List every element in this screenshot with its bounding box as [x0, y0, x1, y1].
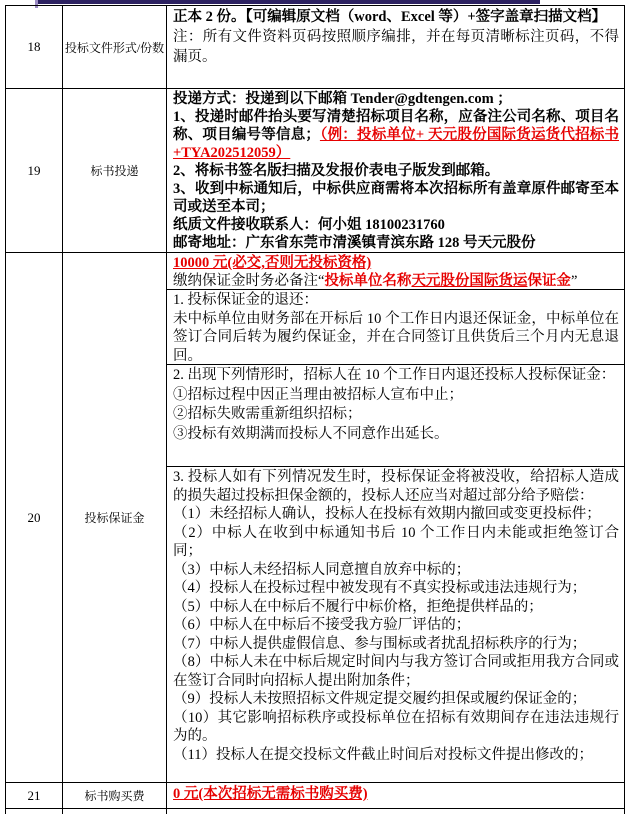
- text-segment: （2）中标人在收到中标通知书后 10 个工作日内未能或拒绝签订合同；: [173, 525, 619, 560]
- row20-label-cell: 投标保证金: [63, 253, 167, 782]
- paragraph: 0 元(本次招标无需标书购买费): [173, 784, 619, 804]
- paragraph: 纸质文件接收联系人：何小姐 18100231760: [173, 216, 619, 234]
- row21-content-cell: 0 元(本次招标无需标书购买费): [167, 783, 624, 808]
- paragraph: ③投标有效期满而投标人不同意作出延长。: [173, 425, 619, 445]
- row19-label-cell: 标书投递: [63, 89, 167, 252]
- paragraph: （9）投标人未按照招标文件规定提交履约担保或履约保证金的；: [173, 690, 619, 709]
- paragraph: （10）其它影响招标秩序或投标单位在招标有效期间存在违法违规行为的。: [173, 709, 619, 746]
- table-row-20: 20 投标保证金 10000 元(必交,否则无投标资格)缴纳保证金时务必备注“投…: [6, 253, 624, 783]
- text-segment: 2、将标书签名版扫描及发报价表电子版发到邮箱。: [173, 163, 499, 179]
- text-segment: 2. 出现下列情形时，招标人在 10 个工作日内退还投标人投标保证金：: [173, 367, 615, 383]
- paragraph: （4）投标人在投标过程中被发现有不真实投标或违法违规行为；: [173, 579, 619, 598]
- paragraph: 缴纳保证金时务必备注“投标单位名称天元股份国际货运保证金”: [173, 272, 619, 290]
- row20-refund-cases-cell: 2. 出现下列情形时，招标人在 10 个工作日内退还投标人投标保证金：①招标过程…: [167, 365, 624, 467]
- text-segment: ①招标过程中因正当理由被招标人宣布中止；: [173, 387, 463, 403]
- page-top-highlight-bar: [35, 0, 540, 4]
- text-segment: 3、收到中标通知后，中标供应商需将本次招标所有盖章原件邮寄至本司或送至本司；: [173, 181, 619, 215]
- paragraph: （1）未经招标人确认，投标人在投标有效期内撤回或变更投标件；: [173, 505, 619, 524]
- text-segment: （11）投标人在提交投标文件截止时间后对投标文件提出修改的；: [173, 747, 593, 763]
- text-segment: （1）未经招标人确认，投标人在投标有效期内撤回或变更投标件；: [173, 506, 601, 522]
- partial-label-cell: [63, 809, 167, 814]
- paragraph: 注：所有文件资料页码按照顺序编排，并在每页清晰标注页码，不得漏页。: [173, 27, 619, 67]
- paragraph: 正本 2 份。【可编辑原文档（word、Excel 等）+签字盖章扫描文档】: [173, 7, 619, 27]
- text-segment: 保证金: [527, 273, 571, 289]
- document-page: 18 投标文件形式/份数 正本 2 份。【可编辑原文档（word、Excel 等…: [0, 0, 633, 814]
- paragraph: 未中标单位由财务部在开标后 10 个工作日内退还保证金，中标单位在签订合同后转为…: [173, 310, 619, 366]
- paragraph: 10000 元(必交,否则无投标资格): [173, 254, 619, 272]
- row20-deposit-amount-cell: 10000 元(必交,否则无投标资格)缴纳保证金时务必备注“投标单位名称天元股份…: [167, 253, 624, 290]
- paragraph: 投递方式：投递到以下邮箱 Tender@gdtengen.com ；: [173, 90, 619, 108]
- paragraph: （11）投标人在提交投标文件截止时间后对投标文件提出修改的；: [173, 746, 619, 765]
- table-row-18: 18 投标文件形式/份数 正本 2 份。【可编辑原文档（word、Excel 等…: [6, 6, 624, 89]
- text-segment: 注：所有文件资料页码按照顺序编排，并在每页清晰标注页码，不得漏页。: [173, 29, 619, 65]
- row19-number-cell: 19: [6, 89, 63, 252]
- paragraph: 邮寄地址：广东省东莞市清溪镇青滨东路 128 号天元股份: [173, 234, 619, 252]
- paragraph: （3）中标人未经招标人同意擅自放弃中标的；: [173, 561, 619, 580]
- text-segment: 缴纳保证金时务必备注“: [173, 273, 324, 289]
- partial-content-cell: [167, 809, 624, 814]
- row20-forfeit-cases-cell: 3. 投标人如有下列情况发生时，投标保证金将被没收，给招标人造成的损失超过投标担…: [167, 467, 624, 782]
- paragraph: （2）中标人在收到中标通知书后 10 个工作日内未能或拒绝签订合同；: [173, 524, 619, 561]
- text-segment: 纸质文件接收联系人：何小姐 18100231760: [173, 217, 445, 233]
- row18-number-cell: 18: [6, 6, 63, 88]
- text-segment: 天元股份国际货运: [411, 273, 527, 289]
- text-segment: 投标单位名称: [324, 273, 411, 289]
- text-segment: 1. 投标保证金的退还：: [173, 292, 318, 308]
- row20-subrows: 10000 元(必交,否则无投标资格)缴纳保证金时务必备注“投标单位名称天元股份…: [167, 253, 624, 782]
- row19-content-cell: 投递方式：投递到以下邮箱 Tender@gdtengen.com ；1、投递时邮…: [167, 89, 624, 252]
- text-segment: 10000 元(必交,否则无投标资格): [173, 255, 371, 271]
- paragraph: 3、收到中标通知后，中标供应商需将本次招标所有盖章原件邮寄至本司或送至本司；: [173, 180, 619, 216]
- row18-content-cell: 正本 2 份。【可编辑原文档（word、Excel 等）+签字盖章扫描文档】注：…: [167, 6, 624, 88]
- text-segment: 未中标单位由财务部在开标后 10 个工作日内退还保证金，中标单位在签订合同后转为…: [173, 311, 619, 364]
- row21-label-cell: 标书购买费: [63, 783, 167, 808]
- tender-terms-table: 18 投标文件形式/份数 正本 2 份。【可编辑原文档（word、Excel 等…: [5, 5, 625, 814]
- paragraph: （8）中标人未在中标后规定时间内与我方签订合同或拒用我方合同或在签订合同时向招标…: [173, 653, 619, 690]
- row20-content-cell: 10000 元(必交,否则无投标资格)缴纳保证金时务必备注“投标单位名称天元股份…: [167, 253, 624, 782]
- text-segment: ②招标失败需重新组织招标；: [173, 406, 362, 422]
- paragraph: （7）中标人提供虚假信息、参与围标或者扰乱招标秩序的行为；: [173, 635, 619, 654]
- text-segment: （7）中标人提供虚假信息、参与围标或者扰乱招标秩序的行为；: [173, 636, 586, 652]
- row20-refund-terms-cell: 1. 投标保证金的退还：未中标单位由财务部在开标后 10 个工作日内退还保证金，…: [167, 290, 624, 365]
- row18-label-cell: 投标文件形式/份数: [63, 6, 167, 88]
- text-segment: （4）投标人在投标过程中被发现有不真实投标或违法违规行为；: [173, 580, 586, 596]
- text-segment: 投递方式：投递到以下邮箱 Tender@gdtengen.com ；: [173, 91, 512, 107]
- text-segment: （3）中标人未经招标人同意擅自放弃中标的；: [173, 562, 470, 578]
- table-row-19: 19 标书投递 投递方式：投递到以下邮箱 Tender@gdtengen.com…: [6, 89, 624, 253]
- text-segment: ③投标有效期满而投标人不同意作出延长。: [173, 426, 449, 442]
- table-row-21: 21 标书购买费 0 元(本次招标无需标书购买费): [6, 783, 624, 809]
- text-segment: 邮寄地址：广东省东莞市清溪镇青滨东路 128 号天元股份: [173, 235, 536, 251]
- paragraph: （6）中标人在中标后不接受我方验厂评估的；: [173, 616, 619, 635]
- partial-number-cell: [6, 809, 63, 814]
- table-row-partial: [6, 809, 624, 814]
- text-segment: （6）中标人在中标后不接受我方验厂评估的；: [173, 617, 470, 633]
- text-segment: 3. 投标人如有下列情况发生时，投标保证金将被没收，给招标人造成的损失超过投标担…: [173, 469, 619, 504]
- row21-number-cell: 21: [6, 783, 63, 808]
- paragraph: 2、将标书签名版扫描及发报价表电子版发到邮箱。: [173, 162, 619, 180]
- text-segment: 正本 2 份。【可编辑原文档（word、Excel 等）+签字盖章扫描文档】: [173, 9, 606, 25]
- paragraph: 3. 投标人如有下列情况发生时，投标保证金将被没收，给招标人造成的损失超过投标担…: [173, 468, 619, 505]
- text-segment: 0 元(本次招标无需标书购买费): [173, 786, 368, 802]
- paragraph: ②招标失败需重新组织招标；: [173, 405, 619, 425]
- paragraph: 1. 投标保证金的退还：: [173, 291, 619, 310]
- paragraph: 2. 出现下列情形时，招标人在 10 个工作日内退还投标人投标保证金：: [173, 366, 619, 386]
- paragraph: （5）中标人在中标后不履行中标价格，拒绝提供样品的；: [173, 598, 619, 617]
- row20-number-cell: 20: [6, 253, 63, 782]
- text-segment: （5）中标人在中标后不履行中标价格，拒绝提供样品的；: [173, 599, 543, 615]
- paragraph: ①招标过程中因正当理由被招标人宣布中止；: [173, 386, 619, 406]
- paragraph: 1、投递时邮件抬头要写清楚招标项目名称，应备注公司名称、项目名称、项目编号等信息…: [173, 108, 619, 162]
- text-segment: （9）投标人未按照招标文件规定提交履约担保或履约保证金的；: [173, 691, 586, 707]
- text-segment: （8）中标人未在中标后规定时间内与我方签订合同或拒用我方合同或在签订合同时向招标…: [173, 654, 619, 689]
- text-segment: （10）其它影响招标秩序或投标单位在招标有效期间存在违法违规行为的。: [173, 710, 619, 745]
- text-segment: ”: [571, 273, 577, 289]
